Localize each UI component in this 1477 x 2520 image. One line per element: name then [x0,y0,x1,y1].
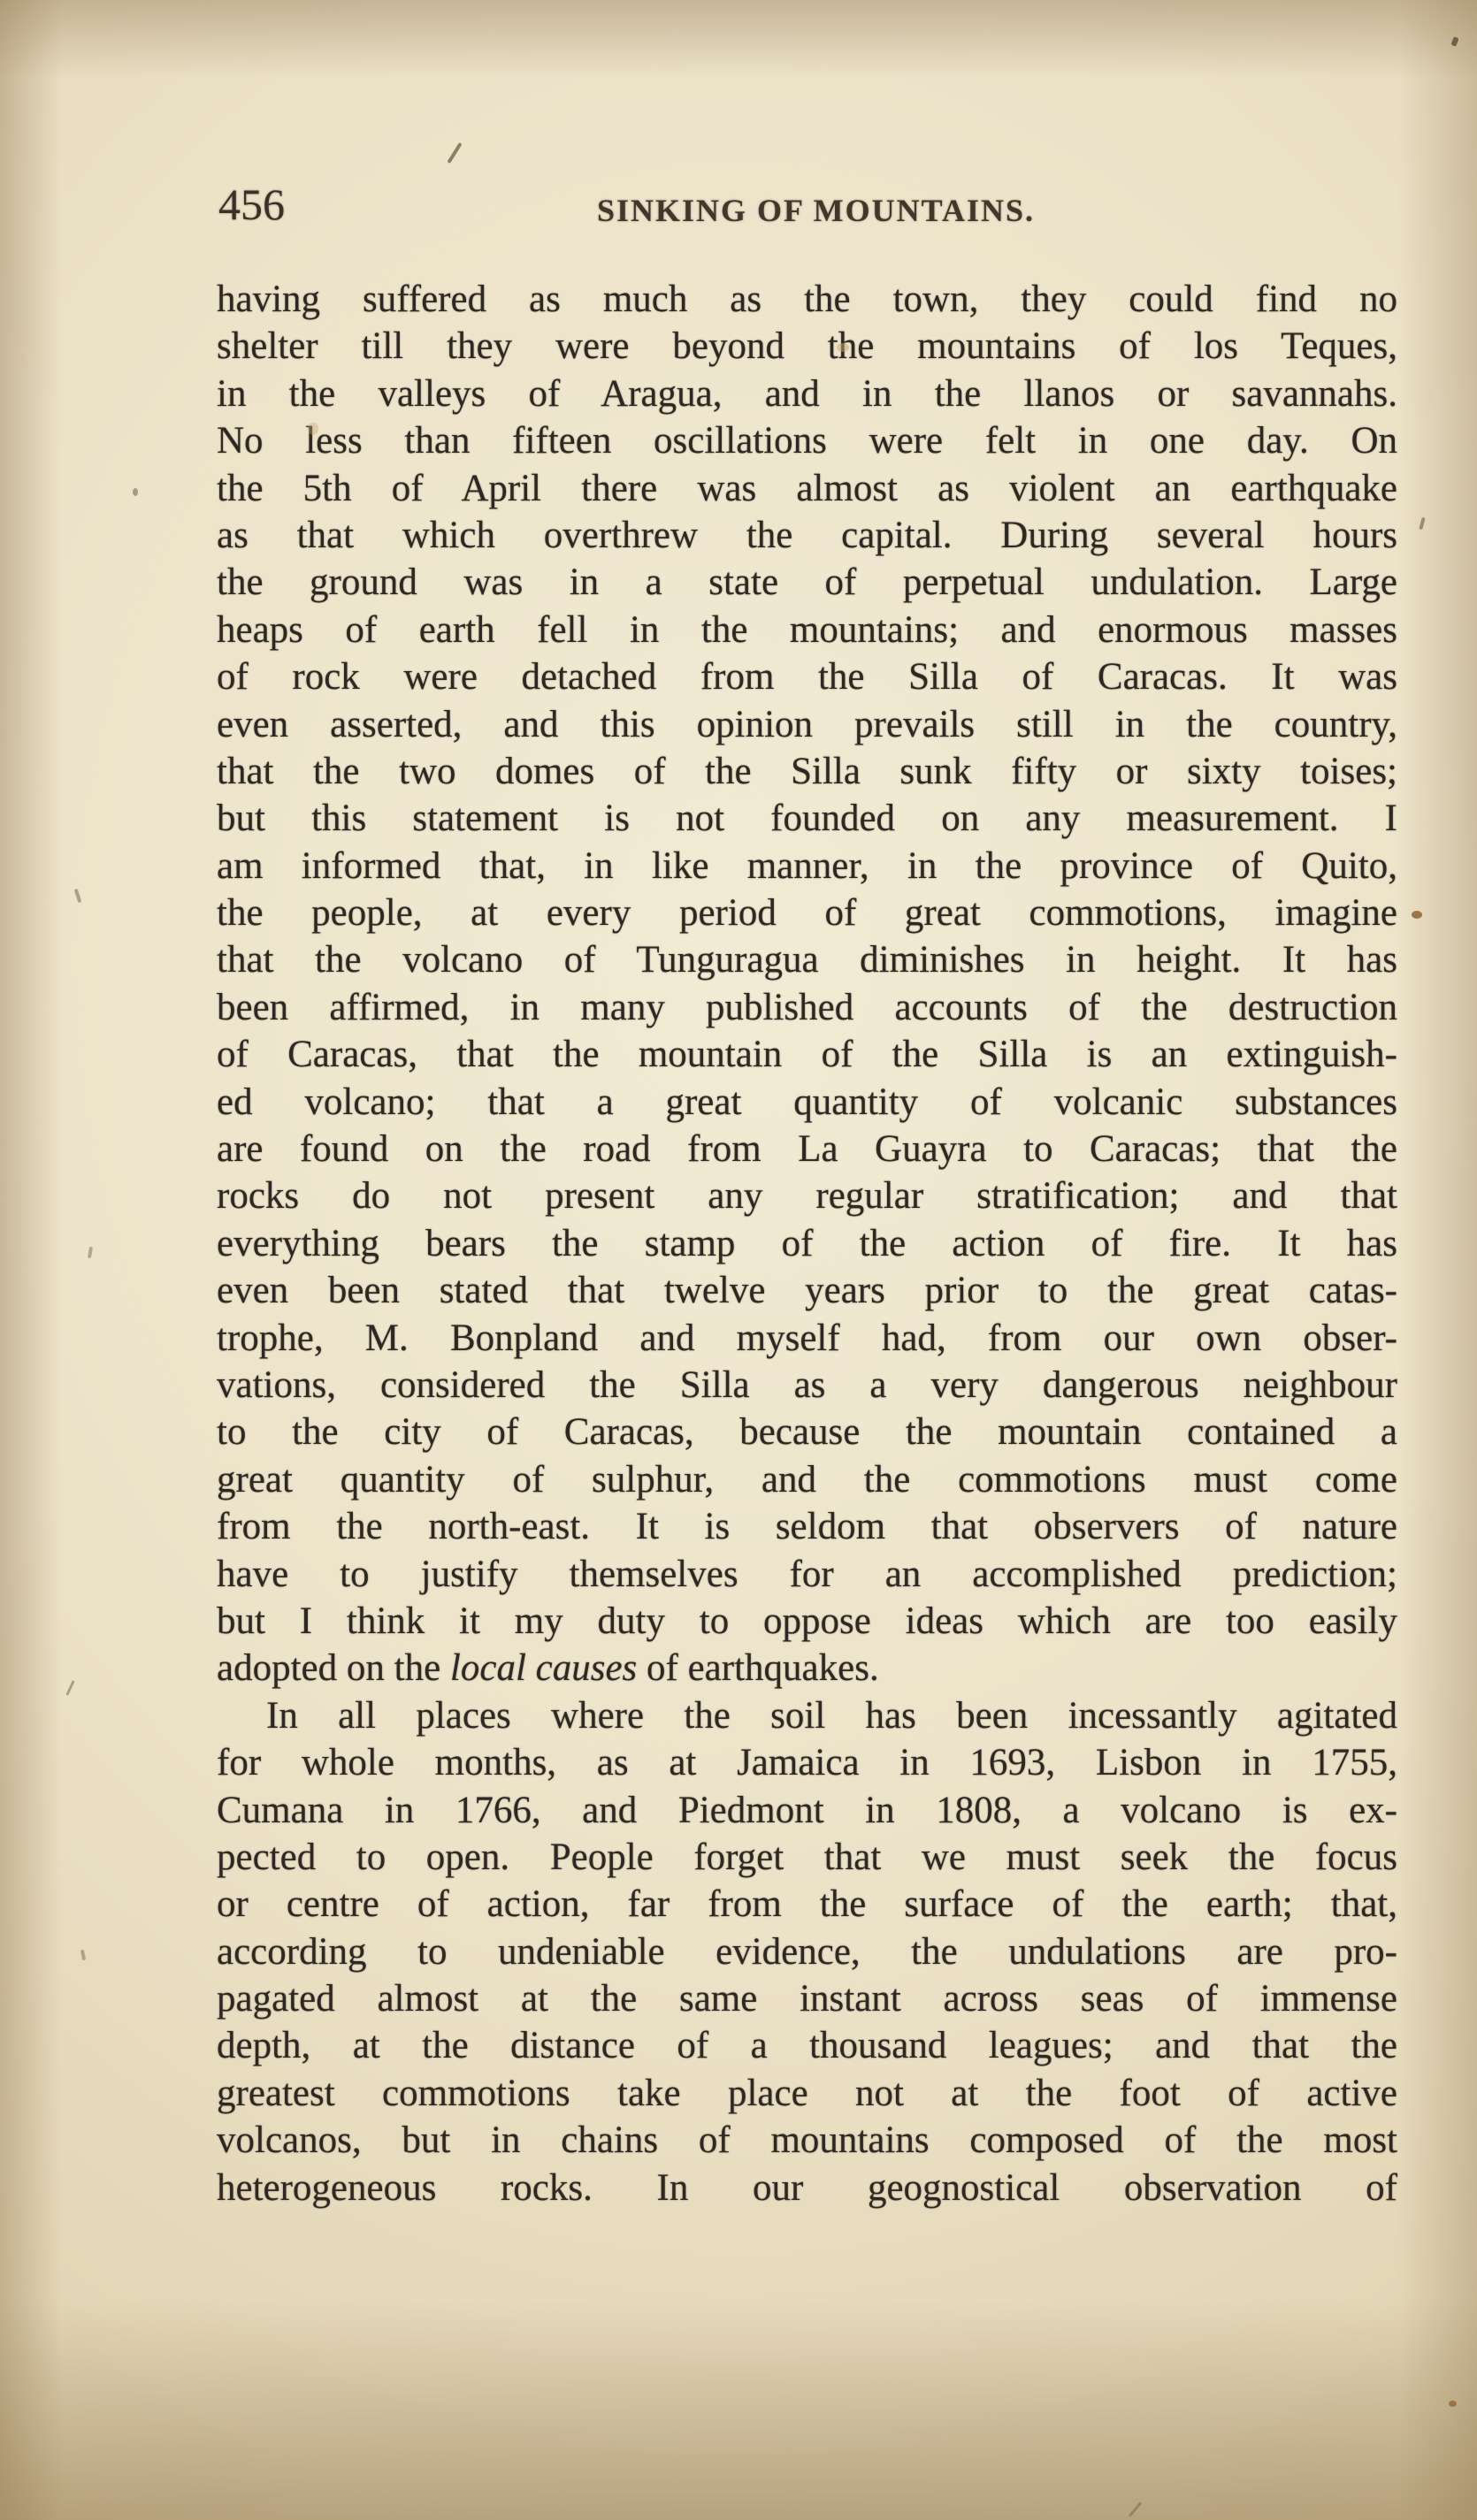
scan-speck [133,488,138,496]
text-line: have to justify themselves for an accomp… [217,1551,1397,1598]
text-line: of Caracas, that the mountain of the Sil… [217,1031,1397,1078]
text-line: am informed that, in like manner, in the… [217,843,1397,890]
text-line: according to undeniable evidence, the un… [217,1928,1397,1975]
scan-speck [88,1247,93,1258]
scan-speck [1419,517,1425,531]
text-line: been affirmed, in many published account… [217,984,1397,1031]
text-line: everything bears the stamp of the action… [217,1220,1397,1267]
book-page-scan: 456 SINKING OF MOUNTAINS. having suffere… [0,0,1477,2520]
scan-speck [1449,2401,1457,2407]
text-segment: of earthquakes. [637,1647,878,1689]
text-line: heaps of earth fell in the mountains; an… [217,607,1397,653]
text-line: even asserted, and this opinion prevails… [217,701,1397,748]
text-line: even been stated that twelve years prior… [217,1267,1397,1314]
text-line: Cumana in 1766, and Piedmont in 1808, a … [217,1787,1397,1834]
text-segment: adopted on the [217,1647,450,1689]
text-line: pected to open. People forget that we mu… [217,1834,1397,1881]
text-line: but I think it my duty to oppose ideas w… [217,1598,1397,1645]
text-line: depth, at the distance of a thousand lea… [217,2022,1397,2069]
text-line: having suffered as much as the town, the… [217,276,1397,323]
text-line: adopted on the local causes of earthquak… [217,1645,1397,1691]
text-line: great quantity of sulphur, and the commo… [217,1456,1397,1503]
text-line: are found on the road from La Guayra to … [217,1126,1397,1172]
scan-speck [80,1950,86,1961]
text-line: In all places where the soil has been in… [217,1692,1397,1739]
text-line: from the north-east. It is seldom that o… [217,1503,1397,1550]
scan-speck [1450,36,1458,46]
text-line: heterogeneous rocks. In our geognostical… [217,2165,1397,2211]
body-text: having suffered as much as the town, the… [217,276,1397,2211]
running-head: SINKING OF MOUNTAINS. [226,195,1406,226]
text-line: as that which overthrew the capital. Dur… [217,512,1397,559]
text-line: greatest commotions take place not at th… [217,2070,1397,2117]
text-line: trophe, M. Bonpland and myself had, from… [217,1315,1397,1362]
text-line: pagated almost at the same instant acros… [217,1975,1397,2022]
text-line: to the city of Caracas, because the moun… [217,1409,1397,1455]
italic-text: local causes [450,1647,637,1689]
text-line: shelter till they were beyond the mounta… [217,323,1397,370]
text-line: or centre of action, far from the surfac… [217,1881,1397,1928]
text-line: volcanos, but in chains of mountains com… [217,2117,1397,2164]
text-line: ed volcano; that a great quantity of vol… [217,1079,1397,1126]
text-line: in the valleys of Aragua, and in the lla… [217,370,1397,417]
text-line: that the two domes of the Silla sunk fif… [217,748,1397,795]
scan-speck [308,423,318,435]
text-line: rocks do not present any regular stratif… [217,1172,1397,1219]
text-line: for whole months, as at Jamaica in 1693,… [217,1739,1397,1786]
scan-speck [1129,2501,1142,2516]
scan-speck [837,343,849,352]
text-line: vations, considered the Silla as a very … [217,1362,1397,1409]
text-line: the people, at every period of great com… [217,890,1397,936]
scan-speck [65,1680,74,1696]
text-line: the ground was in a state of perpetual u… [217,559,1397,606]
scan-speck [74,889,82,903]
text-line: No less than fifteen oscillations were f… [217,417,1397,464]
scan-speck [1412,911,1422,919]
text-line: of rock were detached from the Silla of … [217,653,1397,700]
text-line: that the volcano of Tunguragua diminishe… [217,936,1397,983]
scan-speck [447,142,462,164]
text-line: the 5th of April there was almost as vio… [217,465,1397,512]
text-line: but this statement is not founded on any… [217,795,1397,842]
